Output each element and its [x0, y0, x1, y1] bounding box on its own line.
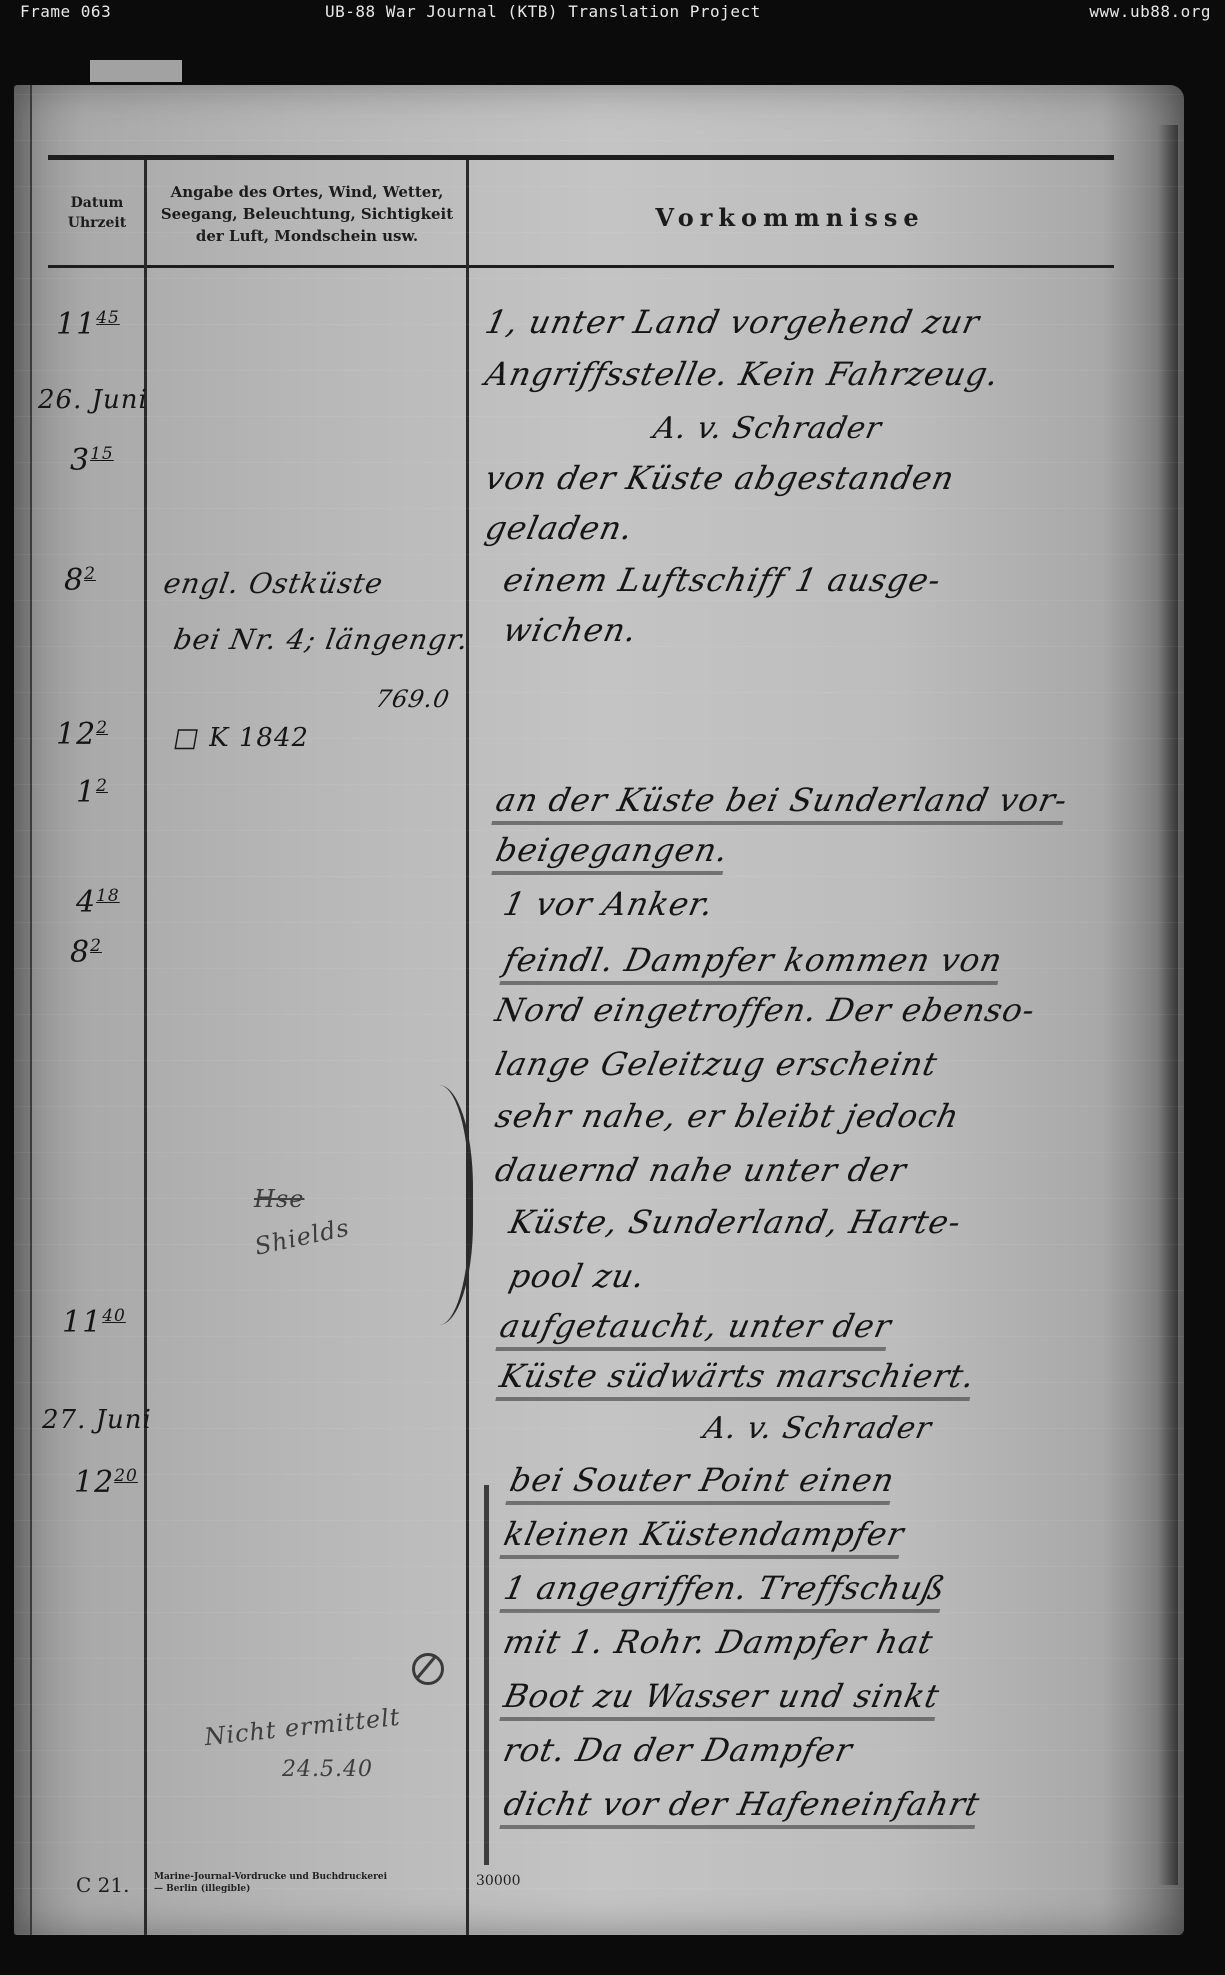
entry-line: pool zu. — [506, 1257, 649, 1295]
entry-line: feindl. Dampfer kommen von — [499, 941, 1006, 985]
entry-line: Angriffsstelle. Kein Fahrzeug. — [482, 355, 1003, 393]
entry-line: Küste südwärts marschiert. — [495, 1357, 978, 1401]
audit-date: 24.5.40 — [282, 1757, 373, 1782]
entry-line: sehr nahe, er bleibt jedoch — [492, 1097, 963, 1135]
journal-page: Datum Uhrzeit Angabe des Ortes, Wind, We… — [14, 85, 1184, 1935]
entry-line: einem Luftschiff 1 ausge- — [500, 561, 945, 599]
signature: A. v. Schrader — [700, 1411, 935, 1446]
audit-note: Nicht ermittelt — [203, 1703, 402, 1751]
time-entry: 12 — [76, 775, 108, 810]
place-note: 769.0 — [374, 685, 453, 713]
column-header-place: Angabe des Ortes, Wind, Wetter, Seegang,… — [150, 181, 464, 247]
time-entry: 1145 — [56, 307, 120, 342]
margin-note-struck: Hse — [254, 1185, 304, 1213]
page-binding-edge — [14, 85, 32, 1935]
entry-line: beigegangen. — [491, 831, 732, 875]
column-divider-place — [466, 160, 469, 1935]
entry-line: mit 1. Rohr. Dampfer hat — [500, 1623, 937, 1661]
date-entry: 26. Juni — [38, 385, 148, 415]
time-entry: 418 — [76, 885, 120, 920]
entry-line: 1, unter Land vorgehend zur — [482, 303, 983, 341]
page-shadow-edge — [1158, 125, 1178, 1885]
grid-square-note: □ K 1842 — [171, 723, 311, 753]
margin-note: Shields — [252, 1213, 352, 1260]
column-divider-date — [144, 160, 147, 1935]
time-entry: 1140 — [62, 1305, 126, 1340]
signature: A. v. Schrader — [650, 411, 885, 446]
entry-line: Nord eingetroffen. Der ebenso- — [492, 991, 1039, 1029]
time-entry: 82 — [64, 563, 96, 598]
entry-line: geladen. — [482, 509, 637, 547]
entry-line: aufgetaucht, unter der — [495, 1307, 895, 1351]
entry-line: dicht vor der Hafeneinfahrt — [499, 1785, 983, 1829]
place-note: engl. Ostküste — [161, 567, 386, 600]
entry-line: wichen. — [500, 611, 641, 649]
print-run-number: 30000 — [476, 1873, 521, 1889]
circled-cross-mark-icon — [412, 1653, 444, 1685]
entry-line: Boot zu Wasser und sinkt — [499, 1677, 943, 1721]
column-header-events: Vorkommnisse — [470, 203, 1110, 232]
frame-label: Frame 063 — [20, 2, 111, 21]
form-number: C 21. — [76, 1873, 129, 1897]
table-top-rule — [48, 155, 1114, 160]
entry-line: kleinen Küstendampfer — [499, 1515, 908, 1559]
entry-line: von der Küste abgestanden — [482, 459, 958, 497]
table-header-rule — [48, 265, 1114, 268]
margin-pencil-bar — [484, 1485, 489, 1865]
scan-header-bar: Frame 063 UB-88 War Journal (KTB) Transl… — [0, 0, 1225, 26]
time-entry: 122 — [56, 717, 108, 752]
entry-line: dauernd nahe unter der — [492, 1151, 910, 1189]
project-url: www.ub88.org — [1089, 2, 1211, 21]
entry-line: Küste, Sunderland, Harte- — [506, 1203, 965, 1241]
entry-line: 1 angegriffen. Treffschuß — [499, 1569, 949, 1613]
entry-line: an der Küste bei Sunderland vor- — [491, 781, 1071, 825]
printer-imprint: Marine-Journal-Vordrucke und Buchdrucker… — [154, 1871, 394, 1895]
entry-line: 1 vor Anker. — [500, 885, 717, 923]
column-header-date: Datum Uhrzeit — [50, 193, 144, 233]
paper-tab-strip — [90, 60, 182, 82]
entry-line: lange Geleitzug erscheint — [492, 1045, 941, 1083]
date-entry: 27. Juni — [42, 1405, 152, 1435]
time-entry: 82 — [70, 935, 102, 970]
project-title: UB-88 War Journal (KTB) Translation Proj… — [325, 2, 761, 21]
entry-line: bei Souter Point einen — [505, 1461, 898, 1505]
entry-line: rot. Da der Dampfer — [500, 1731, 856, 1769]
time-entry: 315 — [70, 443, 114, 478]
place-note: bei Nr. 4; längengr. — [171, 623, 471, 656]
time-entry: 1220 — [74, 1465, 138, 1500]
